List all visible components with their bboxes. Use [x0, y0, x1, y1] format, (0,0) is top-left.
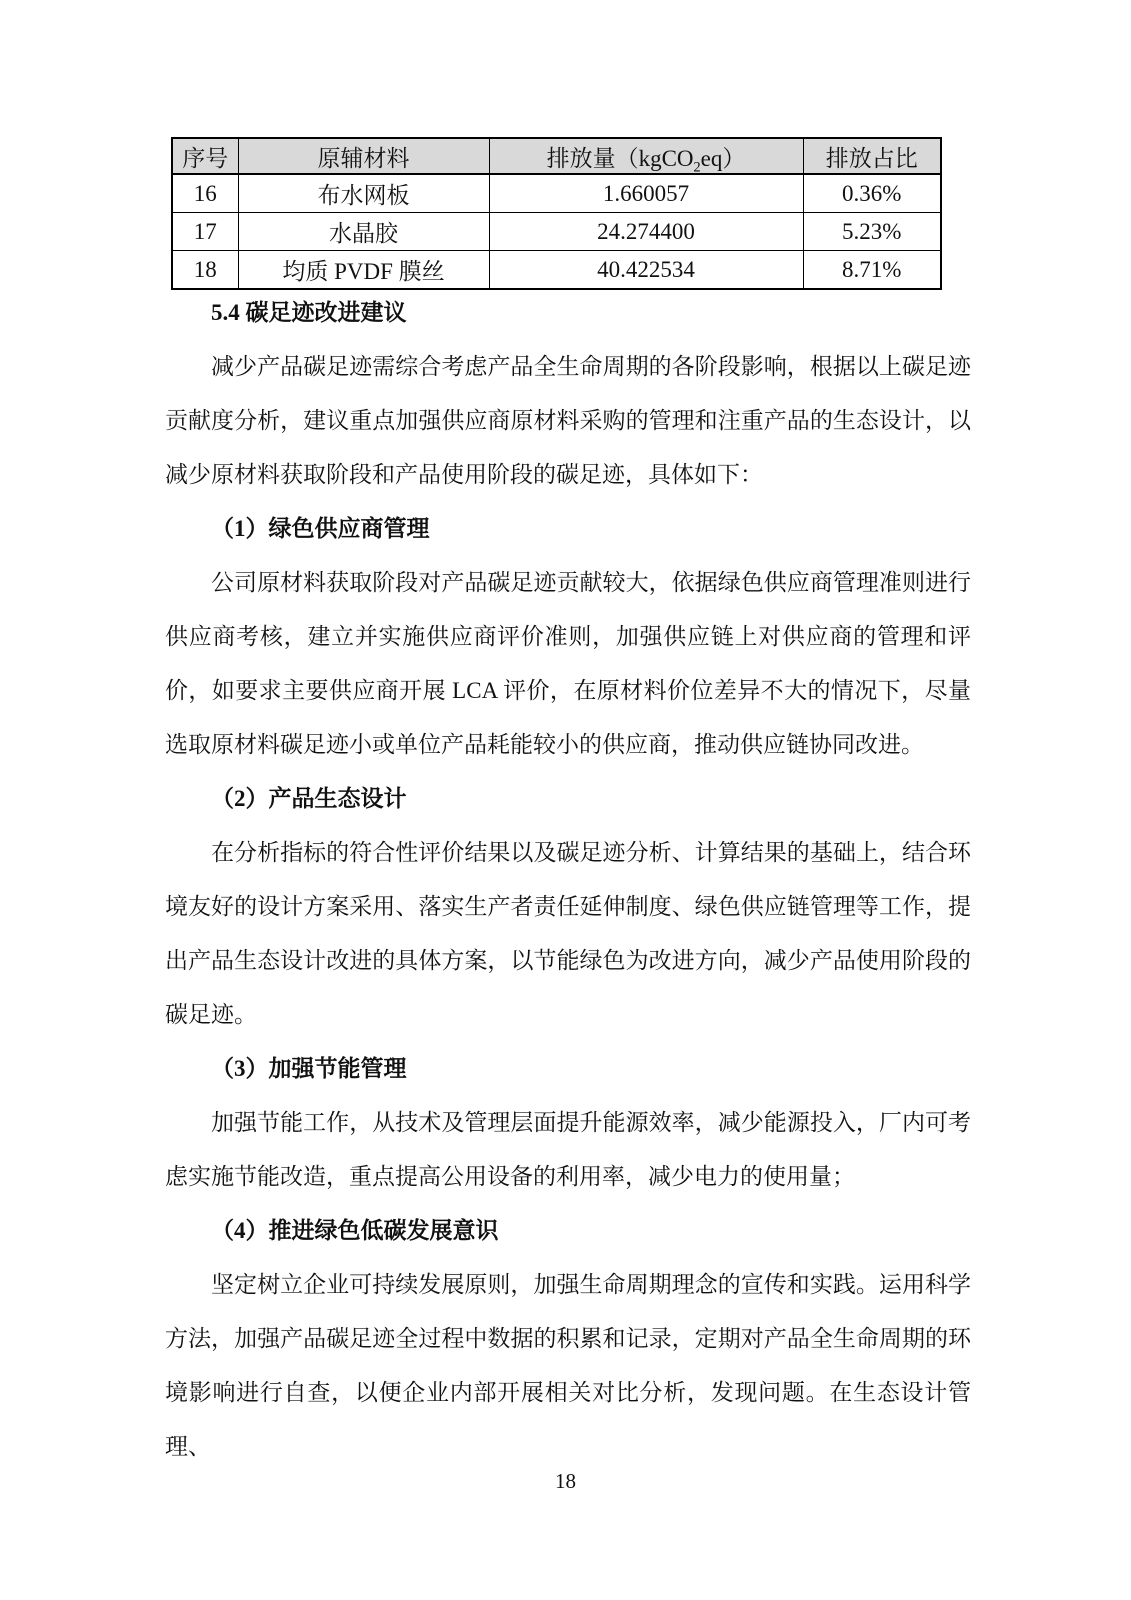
subsection-3-title: （3）加强节能管理	[165, 1042, 971, 1096]
intro-paragraph: 减少产品碳足迹需综合考虑产品全生命周期的各阶段影响，根据以上碳足迹贡献度分析，建…	[165, 340, 971, 502]
share-cell: 8.71%	[803, 251, 941, 290]
table-row: 16 布水网板 1.660057 0.36%	[172, 174, 941, 213]
table-header-row: 序号 原辅材料 排放量（kgCO2eq） 排放占比	[172, 138, 941, 174]
section-heading: 5.4 碳足迹改进建议	[165, 286, 971, 340]
document-page: 序号 原辅材料 排放量（kgCO2eq） 排放占比 16 布水网板 1.6600…	[0, 0, 1131, 1600]
emission-cell: 40.422534	[489, 251, 803, 290]
emissions-table: 序号 原辅材料 排放量（kgCO2eq） 排放占比 16 布水网板 1.6600…	[171, 137, 942, 290]
header-emission-subscript: 2	[694, 159, 701, 174]
header-share: 排放占比	[803, 138, 941, 174]
header-serial: 序号	[172, 138, 238, 174]
page-number: 18	[0, 1466, 1131, 1496]
table-row: 18 均质 PVDF 膜丝 40.422534 8.71%	[172, 251, 941, 290]
share-cell: 0.36%	[803, 174, 941, 213]
material-cell: 水晶胶	[238, 213, 489, 251]
subsection-2-body: 在分析指标的符合性评价结果以及碳足迹分析、计算结果的基础上，结合环境友好的设计方…	[165, 826, 971, 1042]
table-row: 17 水晶胶 24.274400 5.23%	[172, 213, 941, 251]
header-emission-post: eq）	[701, 146, 746, 171]
subsection-3-body: 加强节能工作，从技术及管理层面提升能源效率，减少能源投入，厂内可考虑实施节能改造…	[165, 1096, 971, 1204]
subsection-4-body: 坚定树立企业可持续发展原则，加强生命周期理念的宣传和实践。运用科学方法，加强产品…	[165, 1258, 971, 1474]
subsection-4-title: （4）推进绿色低碳发展意识	[165, 1204, 971, 1258]
material-cell: 均质 PVDF 膜丝	[238, 251, 489, 290]
document-body: 5.4 碳足迹改进建议 减少产品碳足迹需综合考虑产品全生命周期的各阶段影响，根据…	[165, 286, 971, 1474]
serial-cell: 18	[172, 251, 238, 290]
header-material: 原辅材料	[238, 138, 489, 174]
header-emission-pre: 排放量（kgCO	[547, 146, 694, 171]
subsection-1-body: 公司原材料获取阶段对产品碳足迹贡献较大，依据绿色供应商管理准则进行供应商考核，建…	[165, 556, 971, 772]
subsection-2-title: （2）产品生态设计	[165, 772, 971, 826]
serial-cell: 17	[172, 213, 238, 251]
serial-cell: 16	[172, 174, 238, 213]
material-cell: 布水网板	[238, 174, 489, 213]
header-emission: 排放量（kgCO2eq）	[489, 138, 803, 174]
emission-cell: 1.660057	[489, 174, 803, 213]
emission-cell: 24.274400	[489, 213, 803, 251]
subsection-1-title: （1）绿色供应商管理	[165, 502, 971, 556]
share-cell: 5.23%	[803, 213, 941, 251]
